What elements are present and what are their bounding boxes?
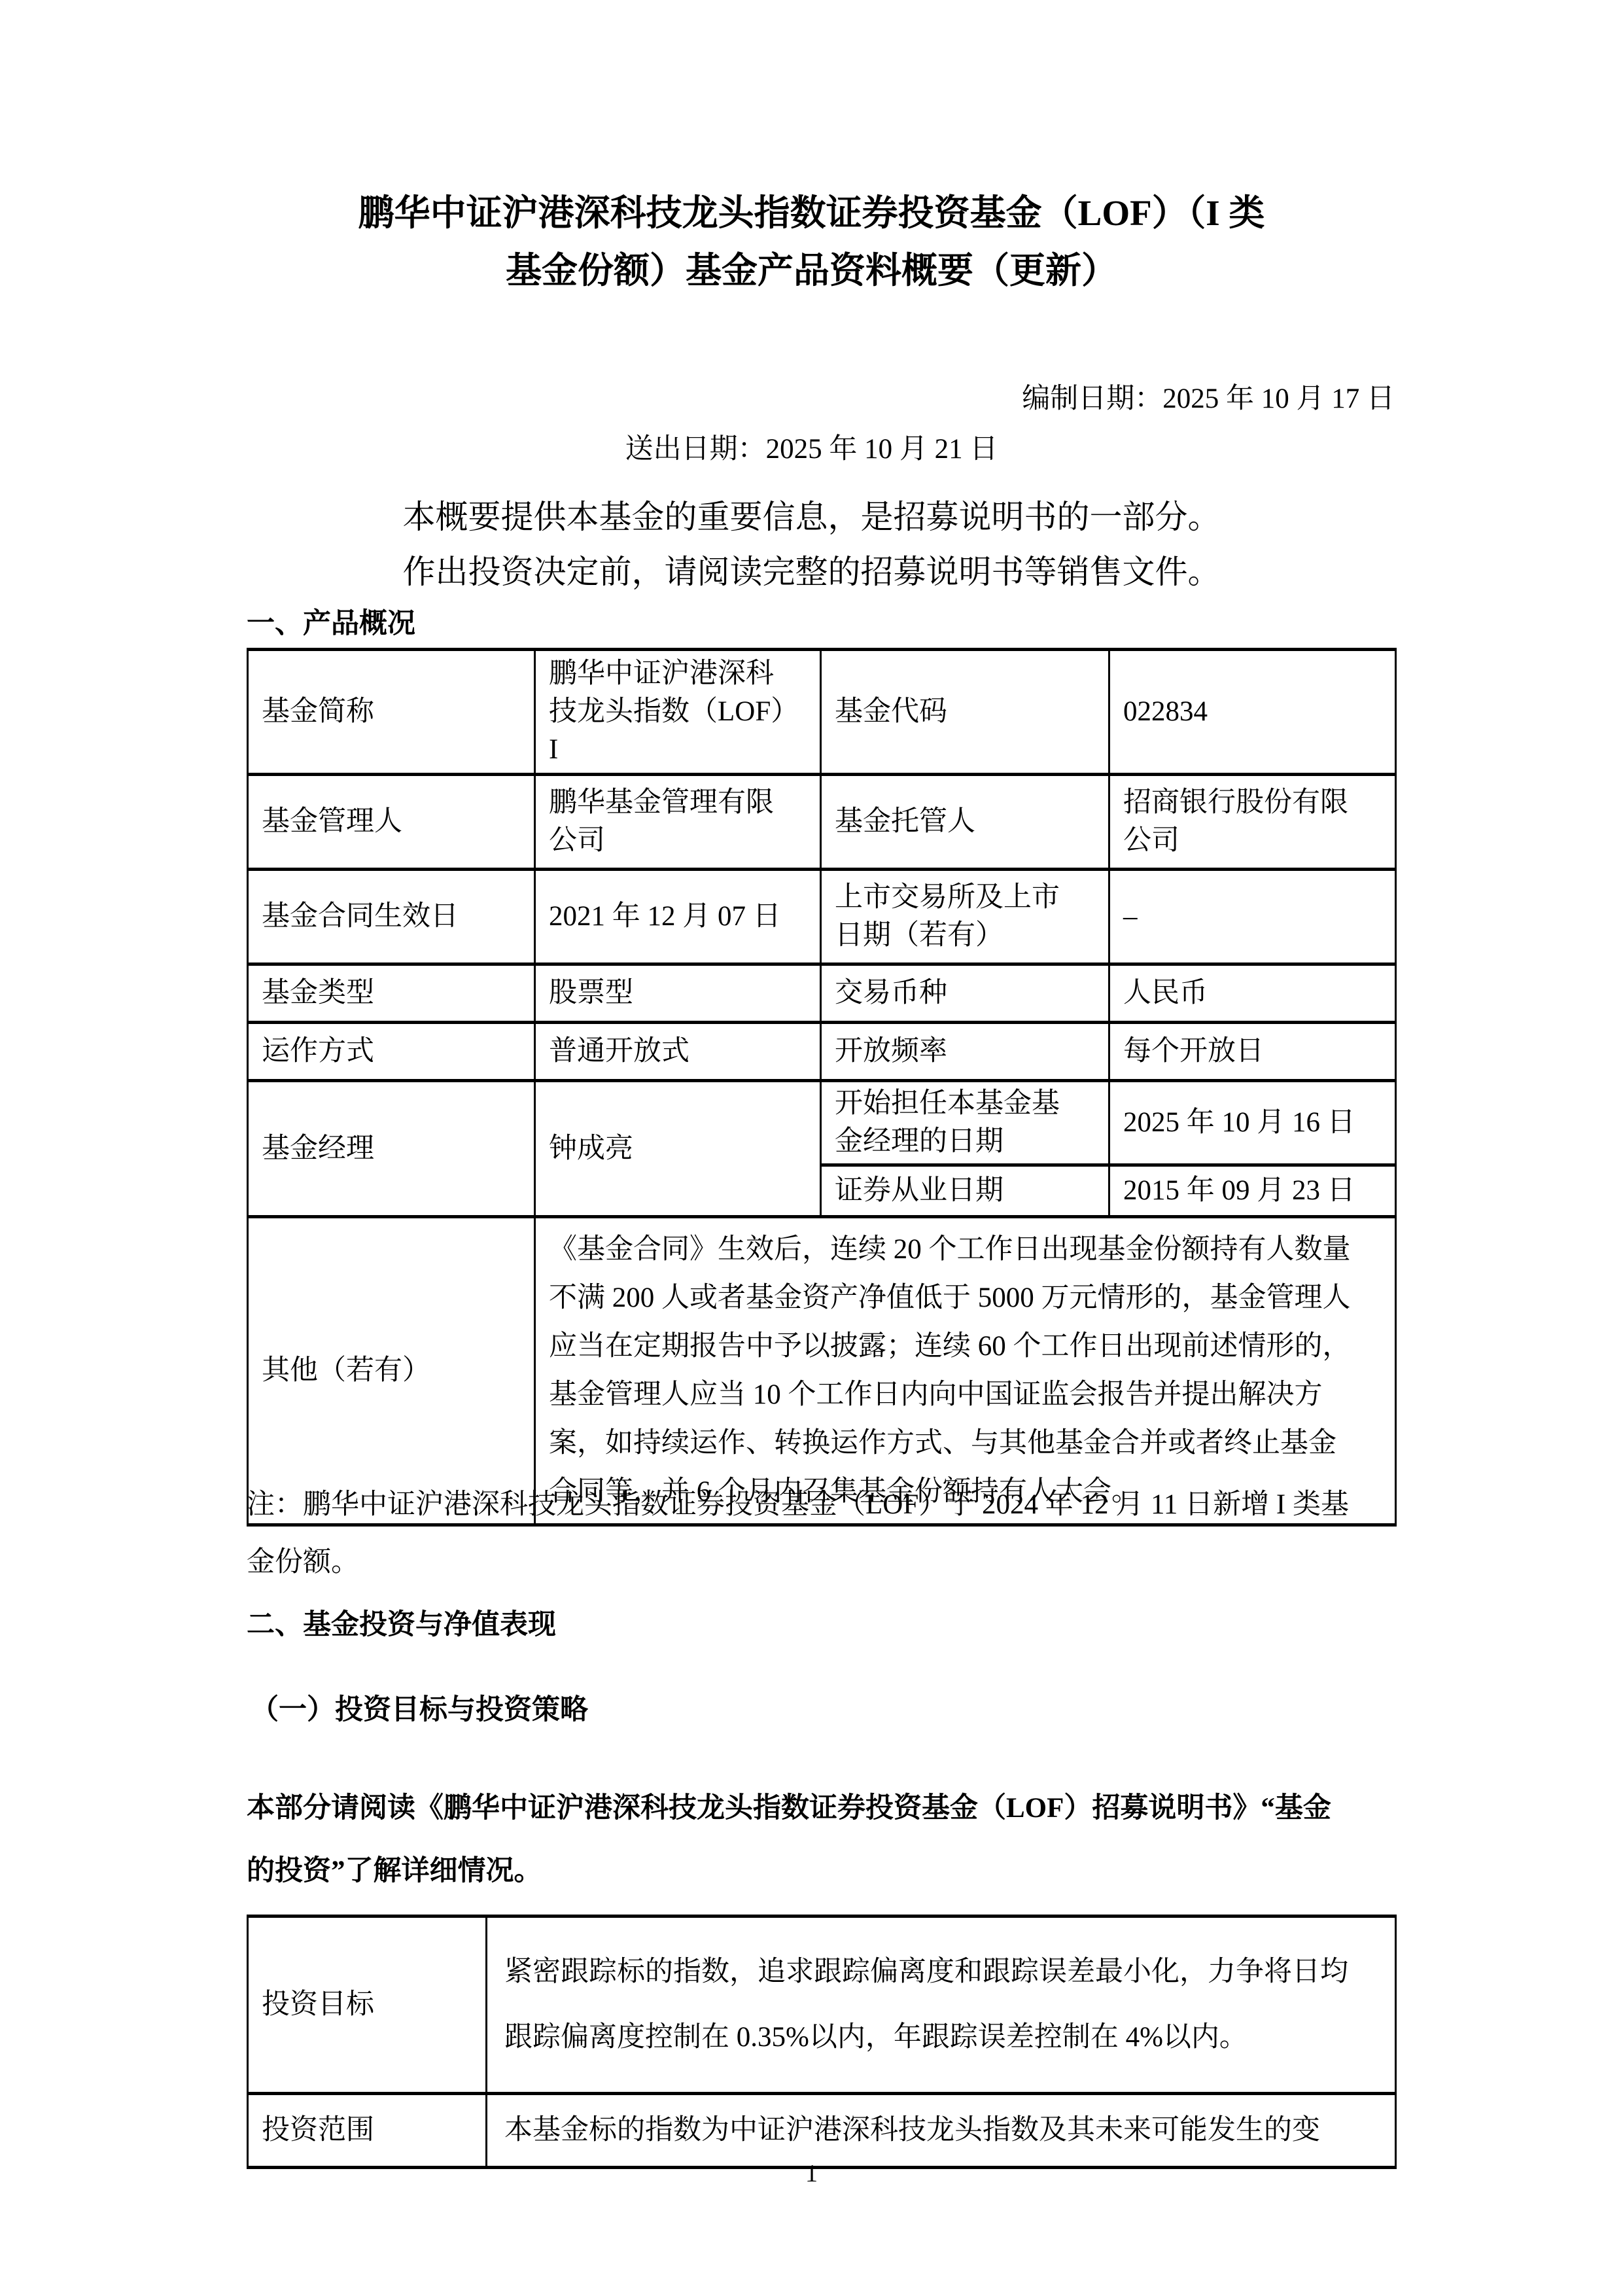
- trading-currency-value: 人民币: [1109, 964, 1396, 1023]
- fund-manager-value: 鹏华基金管理有限 公司: [535, 775, 821, 870]
- table-row: 基金类型 股票型 交易币种 人民币: [248, 964, 1396, 1023]
- table-row: 基金简称 鹏华中证沪港深科 技龙头指数（LOF） I 基金代码 022834: [248, 650, 1396, 775]
- investment-goal-label: 投资目标: [248, 1916, 487, 2094]
- fund-manager-person-value: 钟成亮: [535, 1081, 821, 1217]
- table-row: 投资目标 紧密跟踪标的指数，追求跟踪偏离度和跟踪误差最小化，力争将日均 跟踪偏离…: [248, 1916, 1396, 2094]
- table-row: 运作方式 普通开放式 开放频率 每个开放日: [248, 1023, 1396, 1081]
- document-intro: 本概要提供本基金的重要信息，是招募说明书的一部分。 作出投资决定前，请阅读完整的…: [0, 489, 1623, 599]
- fund-type-value: 股票型: [535, 964, 821, 1023]
- trading-currency-label: 交易币种: [821, 964, 1109, 1023]
- investment-scope-value: 本基金标的指数为中证沪港深科技龙头指数及其未来可能发生的变: [487, 2094, 1396, 2168]
- operation-mode-label: 运作方式: [248, 1023, 535, 1081]
- sent-date: 送出日期：2025 年 10 月 21 日: [0, 433, 1623, 466]
- fund-custodian-value: 招商银行股份有限 公司: [1109, 775, 1396, 870]
- fund-manager-label: 基金管理人: [248, 775, 535, 870]
- document-page: 鹏华中证沪港深科技龙头指数证券投资基金（LOF）（I 类 基金份额）基金产品资料…: [0, 0, 1623, 2296]
- securities-career-date-label: 证券从业日期: [821, 1165, 1109, 1217]
- fund-abbr-label: 基金简称: [248, 650, 535, 775]
- table-row: 基金合同生效日 2021 年 12 月 07 日 上市交易所及上市 日期（若有）…: [248, 870, 1396, 964]
- contract-effective-date-value: 2021 年 12 月 07 日: [535, 870, 821, 964]
- table-row: 基金管理人 鹏华基金管理有限 公司 基金托管人 招商银行股份有限 公司: [248, 775, 1396, 870]
- securities-career-date-value: 2015 年 09 月 23 日: [1109, 1165, 1396, 1217]
- section2-sub-heading: （一）投资目标与投资策略: [251, 1693, 588, 1727]
- fund-abbr-value: 鹏华中证沪港深科 技龙头指数（LOF） I: [535, 650, 821, 775]
- table-row: 基金经理 钟成亮 开始担任本基金基 金经理的日期 2025 年 10 月 16 …: [248, 1081, 1396, 1165]
- document-title: 鹏华中证沪港深科技龙头指数证券投资基金（LOF）（I 类 基金份额）基金产品资料…: [0, 185, 1623, 300]
- table-note: 注：鹏华中证沪港深科技龙头指数证券投资基金（LOF）于 2024 年 12 月 …: [247, 1476, 1401, 1591]
- section2-intro: 本部分请阅读《鹏华中证沪港深科技龙头指数证券投资基金（LOF）招募说明书》“基金…: [247, 1777, 1408, 1903]
- fund-code-value: 022834: [1109, 650, 1396, 775]
- investment-table: 投资目标 紧密跟踪标的指数，追求跟踪偏离度和跟踪误差最小化，力争将日均 跟踪偏离…: [247, 1915, 1397, 2169]
- table-row: 投资范围 本基金标的指数为中证沪港深科技龙头指数及其未来可能发生的变: [248, 2094, 1396, 2168]
- fund-code-label: 基金代码: [821, 650, 1109, 775]
- manager-start-date-label: 开始担任本基金基 金经理的日期: [821, 1081, 1109, 1165]
- manager-start-date-value: 2025 年 10 月 16 日: [1109, 1081, 1396, 1165]
- open-frequency-label: 开放频率: [821, 1023, 1109, 1081]
- listing-exchange-label: 上市交易所及上市 日期（若有）: [821, 870, 1109, 964]
- section1-heading: 一、产品概况: [247, 607, 415, 641]
- fund-manager-person-label: 基金经理: [248, 1081, 535, 1217]
- prepared-date: 编制日期：2025 年 10 月 17 日: [247, 383, 1395, 415]
- product-overview-table: 基金简称 鹏华中证沪港深科 技龙头指数（LOF） I 基金代码 022834 基…: [247, 648, 1397, 1527]
- fund-type-label: 基金类型: [248, 964, 535, 1023]
- open-frequency-value: 每个开放日: [1109, 1023, 1396, 1081]
- section2-heading: 二、基金投资与净值表现: [247, 1608, 556, 1642]
- investment-goal-value: 紧密跟踪标的指数，追求跟踪偏离度和跟踪误差最小化，力争将日均 跟踪偏离度控制在 …: [487, 1916, 1396, 2094]
- contract-effective-date-label: 基金合同生效日: [248, 870, 535, 964]
- operation-mode-value: 普通开放式: [535, 1023, 821, 1081]
- page-number: 1: [0, 2159, 1623, 2188]
- investment-scope-label: 投资范围: [248, 2094, 487, 2168]
- fund-custodian-label: 基金托管人: [821, 775, 1109, 870]
- listing-exchange-value: –: [1109, 870, 1396, 964]
